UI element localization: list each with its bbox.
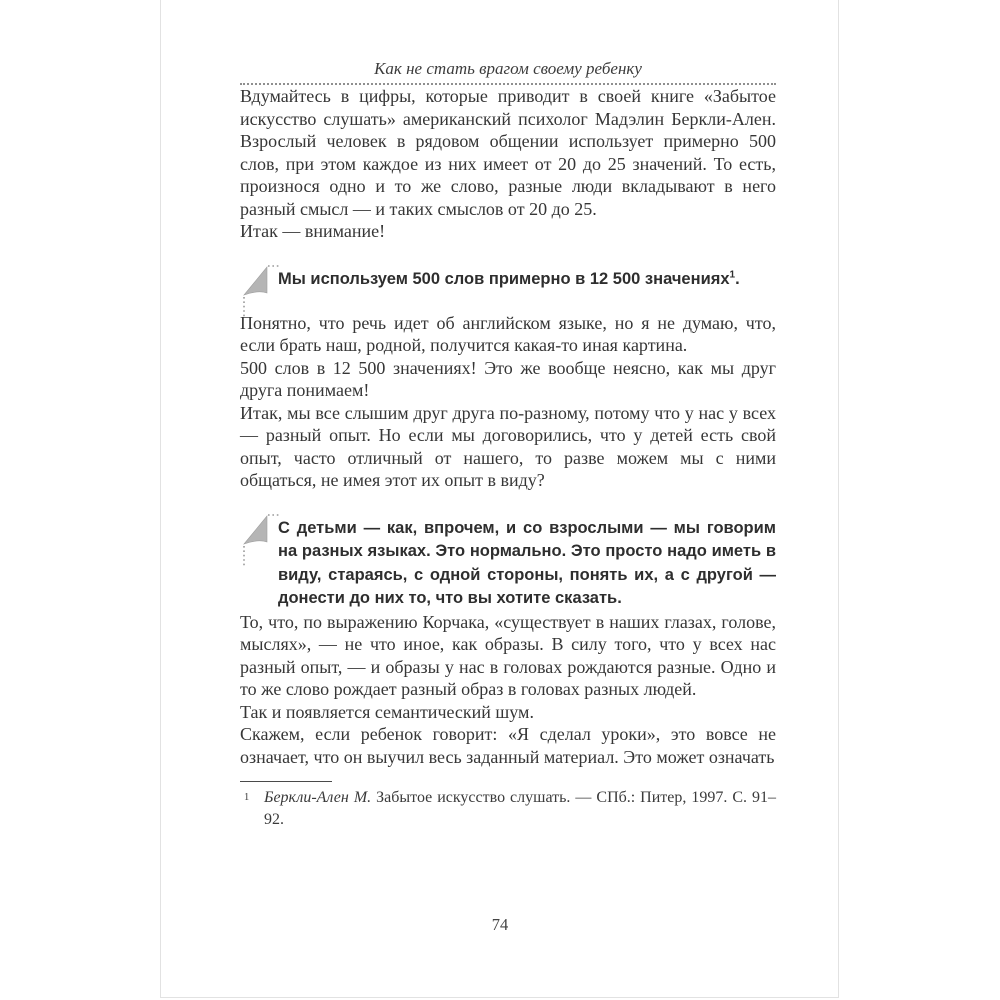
footnote-author: Беркли-Ален М.: [264, 789, 371, 806]
body-paragraph: То, что, по выражению Корчака, «существу…: [240, 611, 776, 701]
body-paragraph: Скажем, если ребенок говорит: «Я сделал …: [240, 723, 776, 768]
footnote-separator: [240, 781, 332, 782]
book-page: { "page": { "running_head": "Как не стат…: [0, 0, 1000, 1000]
pull-quote-text: С детьми — как, впрочем, и со взрослыми …: [278, 511, 776, 611]
page-edge-left: [160, 0, 161, 998]
pull-quote-block: Мы используем 500 слов примерно в 12 500…: [240, 262, 776, 312]
quote-fold-icon: [240, 511, 280, 569]
body-paragraph: Так и появляется семантический шум.: [240, 701, 776, 724]
text-column: Как не стать врагом своему ребенку Вдума…: [240, 58, 776, 830]
quote-text-main: Мы используем 500 слов примерно в 12 500…: [278, 270, 730, 288]
pull-quote-text: Мы используем 500 слов примерно в 12 500…: [278, 262, 776, 292]
running-head: Как не стать врагом своему ребенку: [240, 58, 776, 80]
body-paragraph: Итак, мы все слышим друг друга по-разном…: [240, 402, 776, 492]
quote-text-suffix: .: [735, 270, 740, 288]
page-edge-bottom: [160, 997, 838, 998]
footnote: 1Беркли-Ален М.Забытое искусство слушать…: [240, 787, 776, 830]
page-edge-right: [838, 0, 839, 998]
pull-quote-block: С детьми — как, впрочем, и со взрослыми …: [240, 511, 776, 611]
quote-fold-icon: [240, 262, 280, 320]
footnote-marker: 1: [244, 787, 249, 809]
body-paragraph: Вдумайтесь в цифры, которые приводит в с…: [240, 85, 776, 220]
body-paragraph: Понятно, что речь идет об английском язы…: [240, 312, 776, 357]
body-paragraph: Итак — внимание!: [240, 220, 776, 243]
page-number: 74: [0, 915, 1000, 935]
body-paragraph: 500 слов в 12 500 значениях! Это же вооб…: [240, 357, 776, 402]
